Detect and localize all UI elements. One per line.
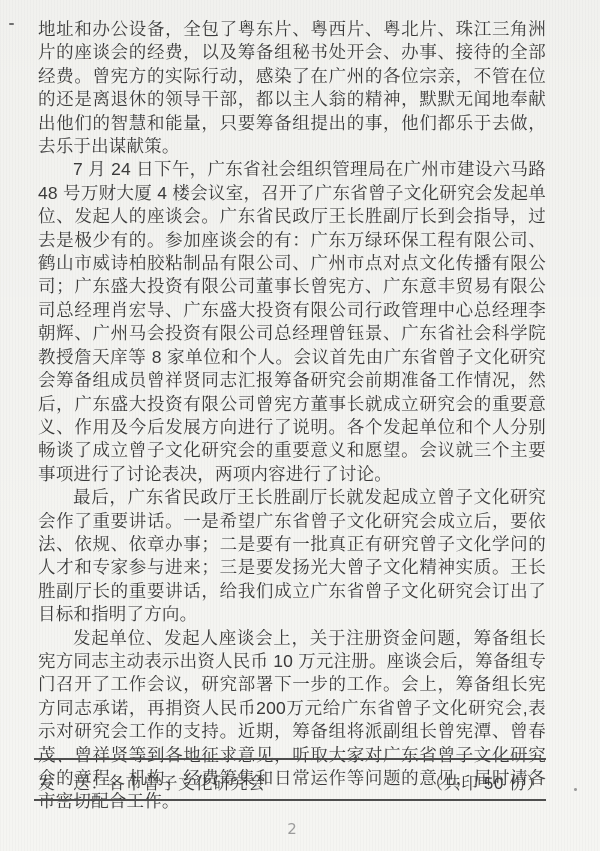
paragraph-speech-summary: 最后，广东省民政厅王长胜副厅长就发起成立曾子文化研究会作了重要讲话。一是希望广东… — [38, 486, 546, 626]
page-number: 2 — [0, 820, 584, 838]
print-count-label: （共印 50 份） — [426, 769, 544, 794]
scan-artifact-dot — [574, 788, 577, 791]
paragraph-continuation: 地址和办公设备，全包了粤东片、粤西片、粤北片、珠江三角洲片的座谈会的经费，以及筹… — [38, 18, 546, 158]
distribution-label: 发 送：各市曾子文化研究会 — [38, 769, 266, 794]
document-page: 地址和办公设备，全包了粤东片、粤西片、粤北片、珠江三角洲片的座谈会的经费，以及筹… — [0, 0, 600, 851]
scan-artifact-mark — [9, 23, 14, 25]
paragraph-meeting-report: 7 月 24 日下午，广东省社会组织管理局在广州市建设六马路 48 号万财大厦 … — [38, 158, 546, 486]
footer-divider-top — [34, 758, 546, 760]
document-body: 地址和办公设备，全包了粤东片、粤西片、粤北片、珠江三角洲片的座谈会的经费，以及筹… — [38, 18, 546, 814]
footer-divider-bottom — [34, 799, 546, 801]
distribution-line: 发 送：各市曾子文化研究会 （共印 50 份） — [38, 769, 544, 794]
